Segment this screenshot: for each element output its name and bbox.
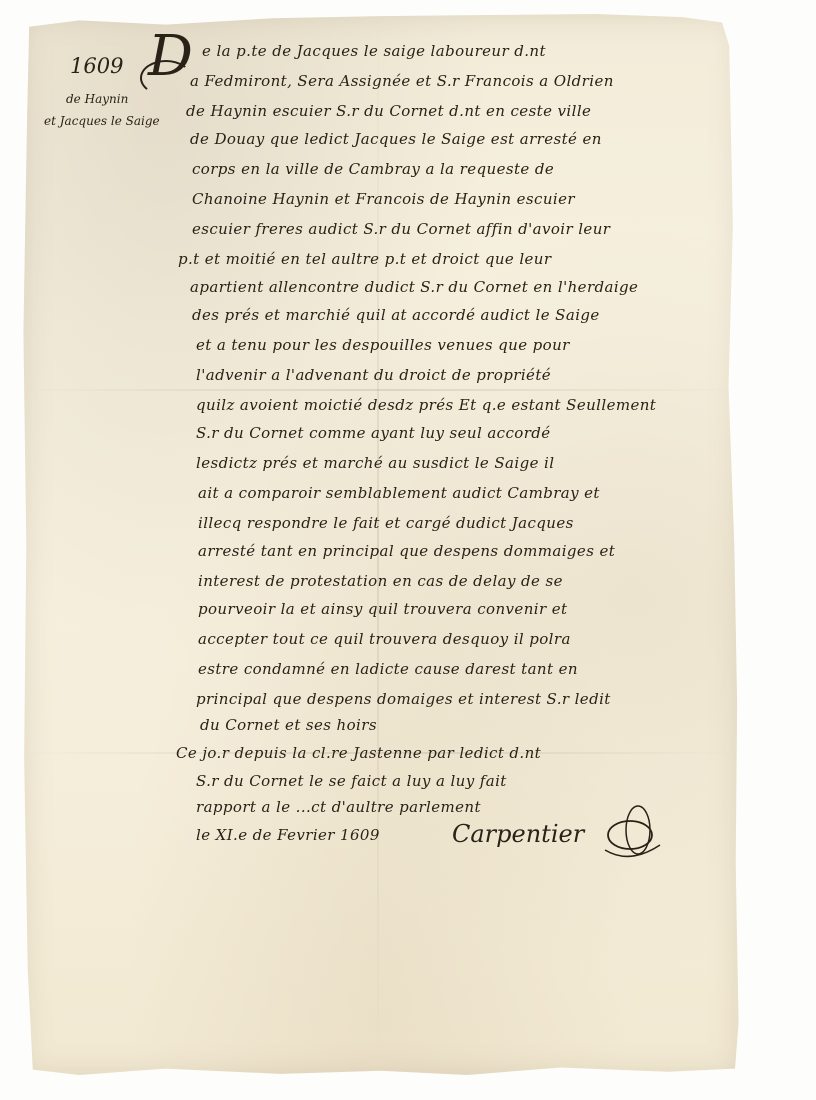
body-line: S.r du Cornet le se faict a luy a luy fa… (196, 772, 507, 790)
initial-flourish (140, 60, 192, 96)
fold-crease-horizontal (22, 389, 740, 391)
body-line: lesdictz prés et marché au susdict le Sa… (196, 454, 554, 472)
body-line: a Fedmiront, Sera Assignée et S.r Franco… (190, 72, 614, 90)
body-line: et a tenu pour les despouilles venues qu… (196, 336, 570, 354)
body-line: rapport a le ...ct d'aultre parlement (196, 798, 481, 816)
body-line: Chanoine Haynin et Francois de Haynin es… (192, 190, 575, 208)
body-line: pourveoir la et ainsy quil trouvera conv… (198, 600, 567, 618)
body-line: des prés et marchié quil at accordé audi… (192, 306, 600, 324)
body-line: corps en la ville de Cambray a la reques… (192, 160, 554, 178)
body-line: apartient allencontre dudict S.r du Corn… (190, 278, 638, 296)
body-line: accepter tout ce quil trouvera desquoy i… (198, 630, 571, 648)
margin-note-jacques: et Jacques le Saige (44, 114, 160, 128)
body-line: arresté tant en principal que despens do… (198, 542, 615, 560)
body-line: de Douay que ledict Jacques le Saige est… (190, 130, 602, 148)
body-line: illecq respondre le fait et cargé dudict… (198, 514, 574, 532)
body-line: du Cornet et ses hoirs (200, 716, 377, 734)
body-line: de Haynin escuier S.r du Cornet d.nt en … (186, 102, 591, 120)
margin-note-haynin: de Haynin (66, 92, 128, 106)
body-line: quilz avoient moictié desdz prés Et q.e … (196, 396, 656, 414)
body-line: le XI.e de Fevrier 1609 (196, 826, 380, 844)
body-line: principal que despens domaiges et intere… (196, 690, 611, 708)
body-line: Ce jo.r depuis la cl.re Jastenne par led… (176, 744, 541, 762)
signature-flourish-icon (600, 800, 670, 870)
body-line: ait a comparoir semblablement audict Cam… (198, 484, 600, 502)
body-line: p.t et moitié en tel aultre p.t et droic… (178, 250, 551, 268)
margin-year: 1609 (70, 54, 123, 78)
body-line: estre condamné en ladicte cause darest t… (198, 660, 578, 678)
body-line: interest de protestation en cas de delay… (198, 572, 563, 590)
body-line: escuier freres audict S.r du Cornet affi… (192, 220, 610, 238)
body-line: S.r du Cornet comme ayant luy seul accor… (196, 424, 551, 442)
body-line: l'advenir a l'advenant du droict de prop… (196, 366, 551, 384)
signature: Carpentier (452, 820, 584, 848)
body-line: e la p.te de Jacques le saige laboureur … (202, 42, 546, 60)
